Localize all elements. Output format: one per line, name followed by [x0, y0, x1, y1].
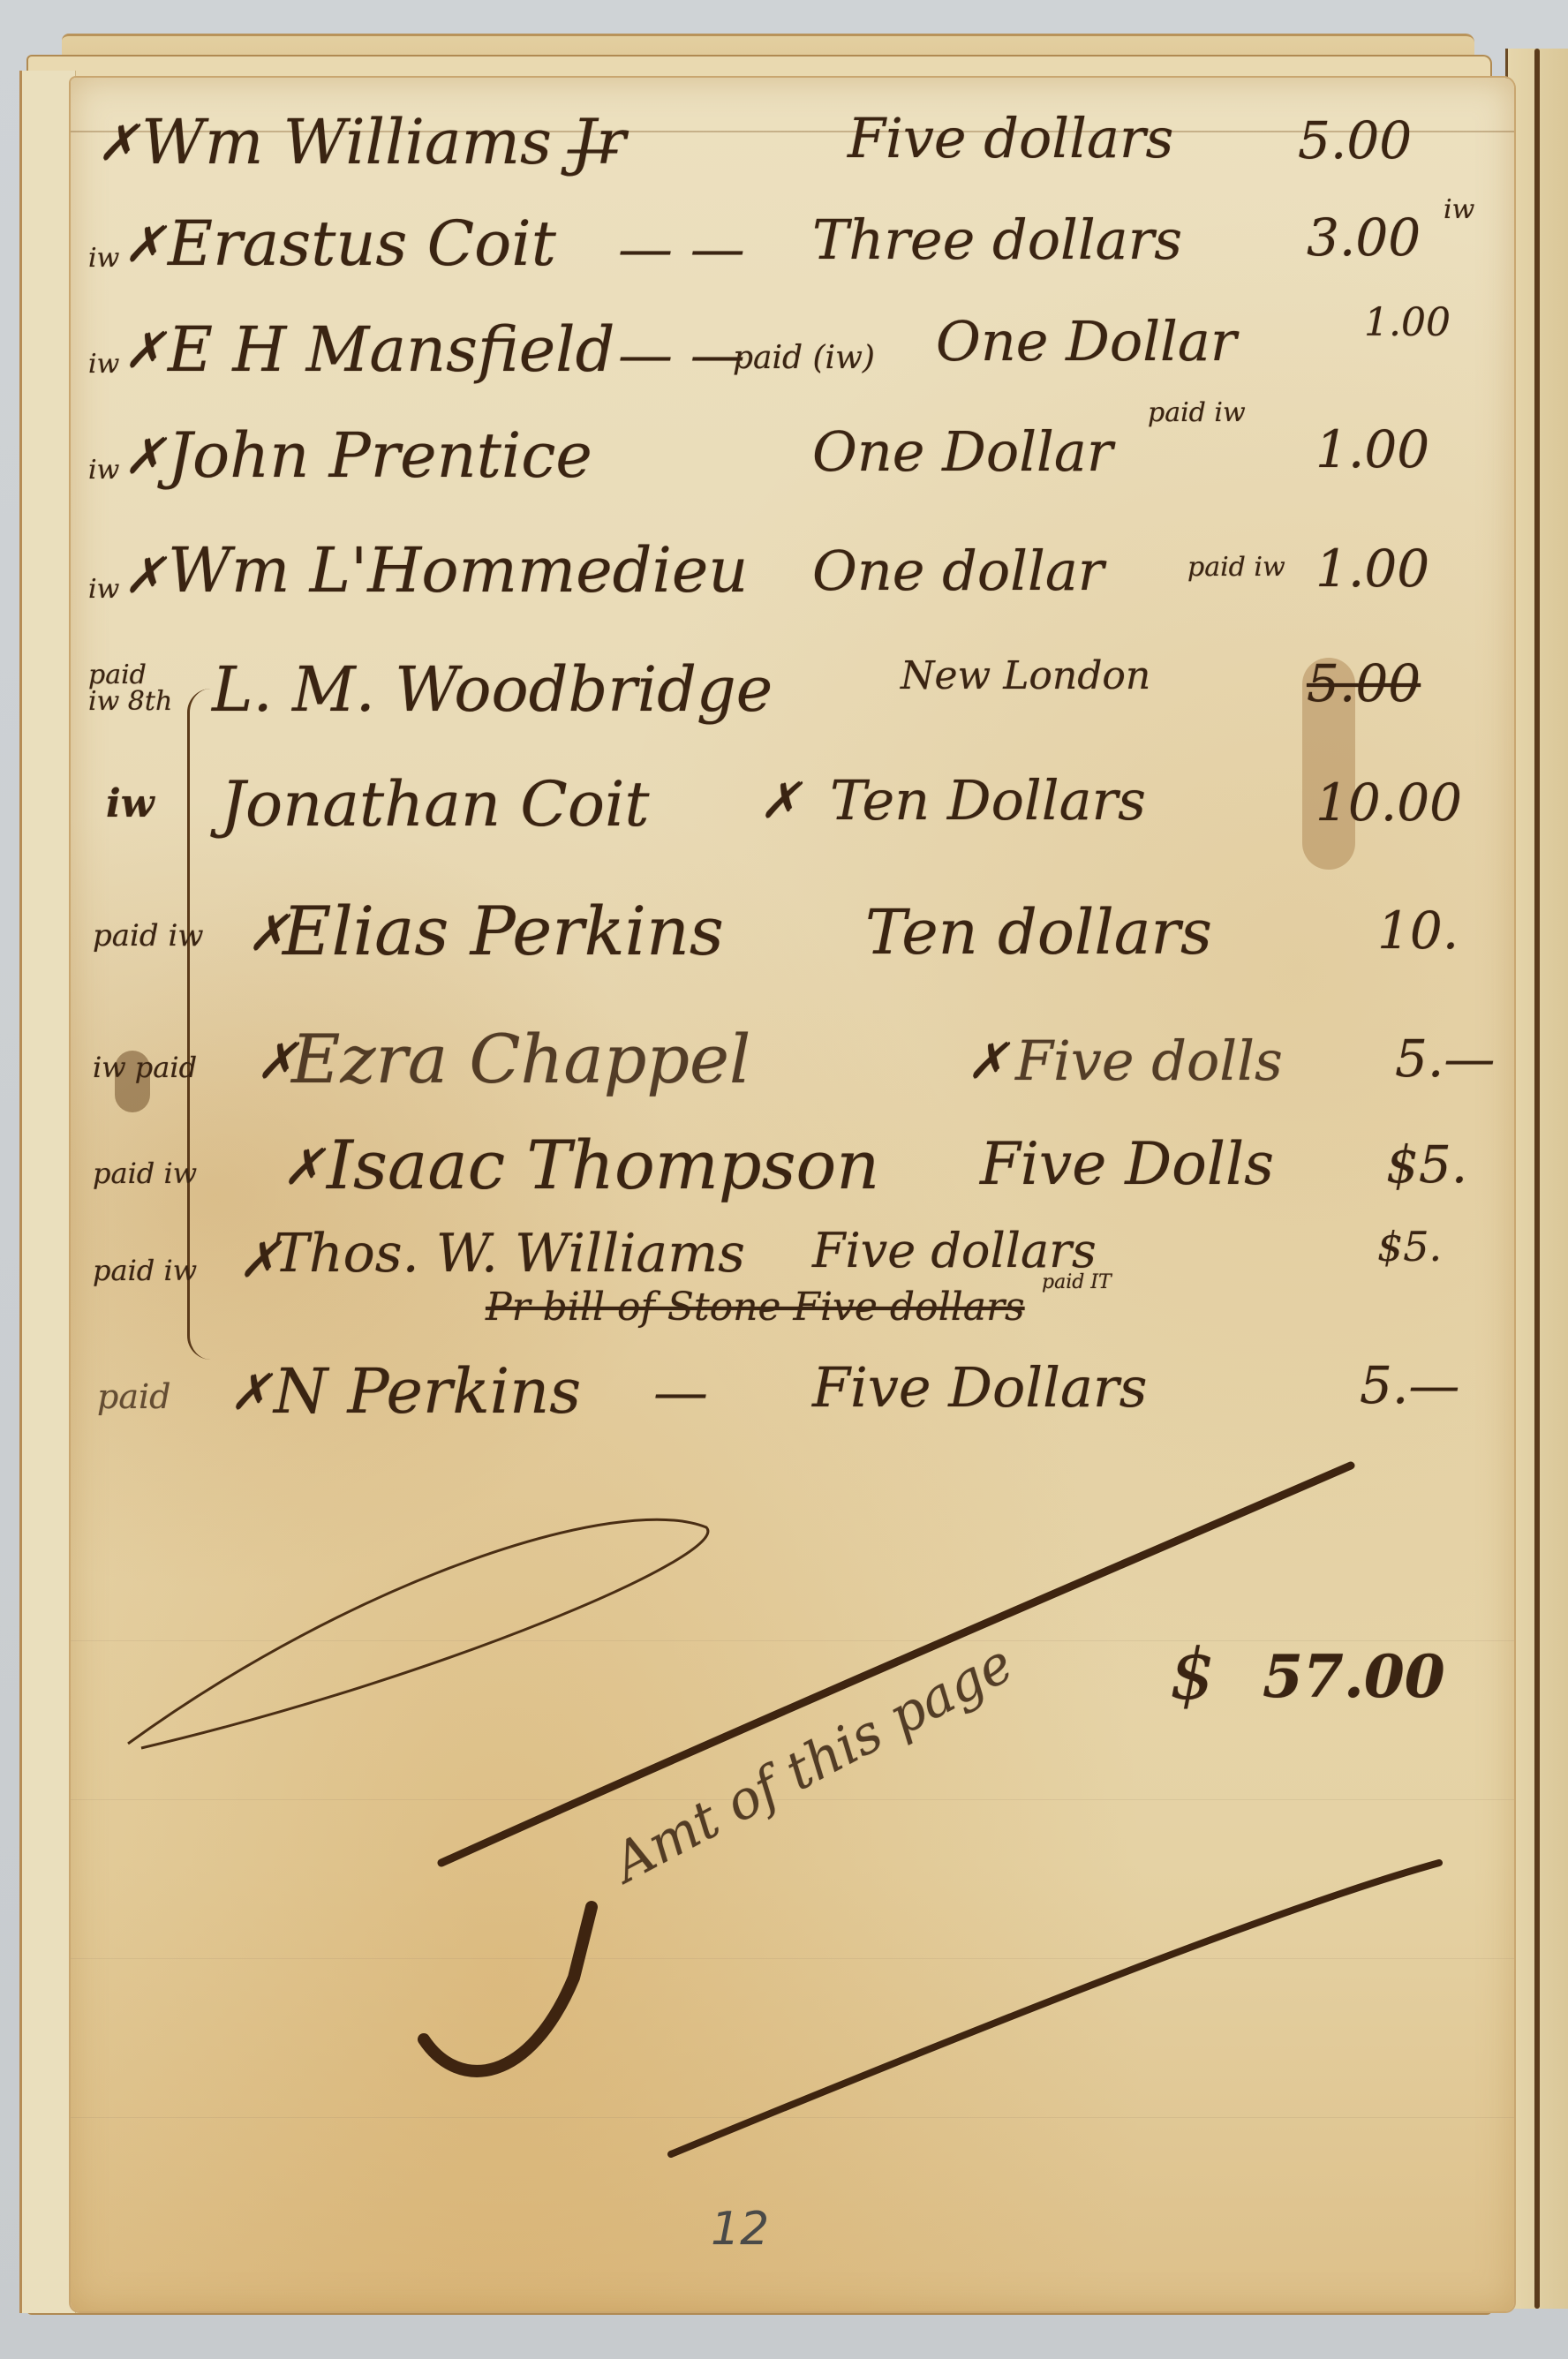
pen-flourishes [0, 0, 1568, 2359]
page-number: 12 [711, 2203, 769, 2256]
total-value: 57.00 [1263, 1642, 1445, 1711]
dollar-sign: $ [1170, 1633, 1215, 1715]
